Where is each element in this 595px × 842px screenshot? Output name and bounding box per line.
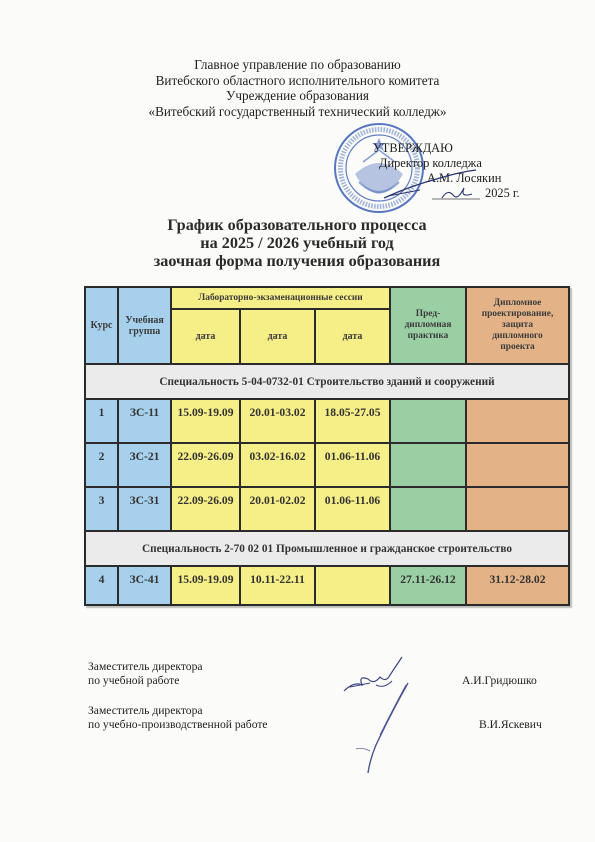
cell-session-1: 22.09-26.09	[171, 443, 240, 487]
cell-session-3: 01.06-11.06	[315, 443, 390, 487]
cell-session-3: 01.06-11.06	[315, 487, 390, 531]
title-line-2: на 2025 / 2026 учебный год	[0, 234, 595, 252]
table-row: 4 ЗС-41 15.09-19.09 10.11-22.11 27.11-26…	[85, 566, 569, 605]
cell-course: 4	[85, 566, 118, 605]
cell-session-3: 18.05-27.05	[315, 399, 390, 443]
approval-date: 2025 г.	[485, 186, 520, 201]
cell-session-1: 15.09-19.09	[171, 566, 240, 605]
document-title: График образовательного процесса на 2025…	[0, 216, 595, 270]
header-date-3: дата	[315, 309, 390, 364]
cell-session-2: 20.01-02.02	[240, 487, 315, 531]
cell-diploma: 31.12-28.02	[466, 566, 569, 605]
header-date-1: дата	[171, 309, 240, 364]
cell-session-2: 03.02-16.02	[240, 443, 315, 487]
cell-group: ЗС-31	[118, 487, 171, 531]
signature-1-name: А.И.Гридюшко	[462, 674, 537, 688]
approval-label: УТВЕРЖДАЮ	[373, 141, 453, 156]
cell-session-2: 10.11-22.11	[240, 566, 315, 605]
handwritten-signature-icon	[340, 655, 420, 775]
cell-practice: 27.11-26.12	[390, 566, 466, 605]
header-diploma: Дипломное проектирование, защита дипломн…	[466, 287, 569, 364]
cell-session-3	[315, 566, 390, 605]
cell-diploma	[466, 487, 569, 531]
org-line-2: Витебского областного исполнительного ко…	[0, 73, 595, 89]
cell-course: 3	[85, 487, 118, 531]
table-row: 3 ЗС-31 22.09-26.09 20.01-02.02 01.06-11…	[85, 487, 569, 531]
header-course: Курс	[85, 287, 118, 364]
title-line-1: График образовательного процесса	[0, 216, 595, 234]
signature-2-name: В.И.Яскевич	[479, 718, 542, 732]
cell-group: ЗС-21	[118, 443, 171, 487]
signature-block-1: Заместитель директора по учебной работе	[88, 660, 203, 687]
cell-course: 1	[85, 399, 118, 443]
org-line-4: «Витебский государственный технический к…	[0, 104, 595, 120]
header-group: Учебная группа	[118, 287, 171, 364]
table-row: 2 ЗС-21 22.09-26.09 03.02-16.02 01.06-11…	[85, 443, 569, 487]
signature-2-position-line-2: по учебно-производственной работе	[88, 718, 268, 732]
table-header-row: Курс Учебная группа Лабораторно-экзамена…	[85, 287, 569, 309]
header-practice-label: Пред-дипломная практика	[405, 309, 452, 341]
section-row: Специальность 2-70 02 01 Промышленное и …	[85, 531, 569, 566]
section-row: Специальность 5-04-0732-01 Строительство…	[85, 364, 569, 399]
section-title-2: Специальность 2-70 02 01 Промышленное и …	[85, 531, 569, 566]
header-practice: Пред-дипломная практика	[390, 287, 466, 364]
org-line-1: Главное управление по образованию	[0, 57, 595, 73]
signature-1-position-line-2: по учебной работе	[88, 674, 203, 688]
cell-diploma	[466, 443, 569, 487]
signature-2-position-line-1: Заместитель директора	[88, 704, 268, 718]
signature-block-2: Заместитель директора по учебно-производ…	[88, 704, 268, 731]
signature-1-position-line-1: Заместитель директора	[88, 660, 203, 674]
header-diploma-label: Дипломное проектирование, защита дипломн…	[482, 298, 554, 352]
director-signature-icon	[380, 168, 490, 204]
cell-group: ЗС-11	[118, 399, 171, 443]
org-header: Главное управление по образованию Витебс…	[0, 57, 595, 119]
cell-diploma	[466, 399, 569, 443]
header-sessions: Лабораторно-экзаменационные сессии	[171, 287, 390, 309]
cell-course: 2	[85, 443, 118, 487]
cell-practice	[390, 399, 466, 443]
title-line-3: заочная форма получения образования	[0, 252, 595, 270]
table-row: 1 ЗС-11 15.09-19.09 20.01-03.02 18.05-27…	[85, 399, 569, 443]
cell-practice	[390, 443, 466, 487]
cell-practice	[390, 487, 466, 531]
cell-session-2: 20.01-03.02	[240, 399, 315, 443]
cell-session-1: 22.09-26.09	[171, 487, 240, 531]
section-title-1: Специальность 5-04-0732-01 Строительство…	[85, 364, 569, 399]
org-line-3: Учреждение образования	[0, 88, 595, 104]
header-date-2: дата	[240, 309, 315, 364]
cell-group: ЗС-41	[118, 566, 171, 605]
cell-session-1: 15.09-19.09	[171, 399, 240, 443]
schedule-table: Курс Учебная группа Лабораторно-экзамена…	[84, 286, 570, 606]
